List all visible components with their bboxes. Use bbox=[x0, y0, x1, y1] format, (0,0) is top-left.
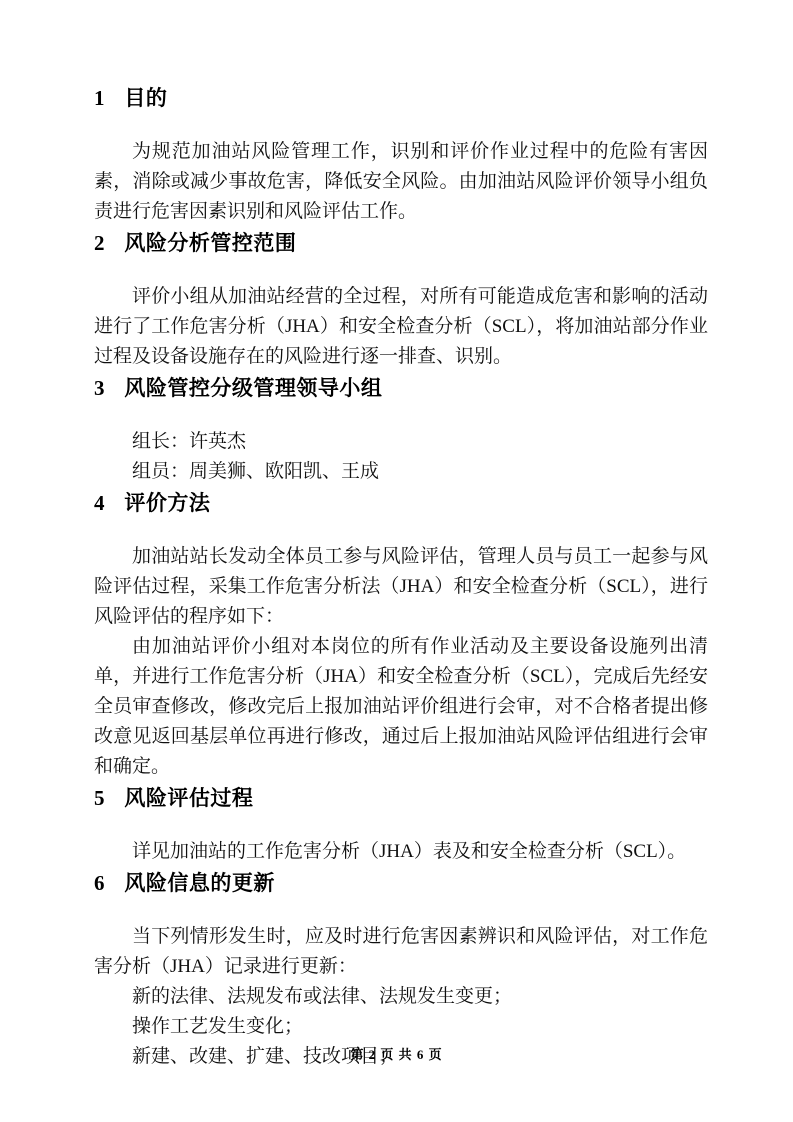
section-title: 风险信息的更新 bbox=[124, 872, 275, 895]
section-title: 评价方法 bbox=[124, 492, 210, 515]
paragraph: 操作工艺发生变化； bbox=[94, 1012, 708, 1042]
page-footer: 第 2 页 共 6 页 bbox=[0, 1044, 793, 1063]
paragraph: 评价小组从加油站经营的全过程，对所有可能造成危害和影响的活动进行了工作危害分析（… bbox=[94, 282, 708, 372]
paragraph: 新的法律、法规发布或法律、法规发生变更； bbox=[94, 982, 708, 1012]
paragraph: 当下列情形发生时，应及时进行危害因素辨识和风险评估，对工作危害分析（JHA）记录… bbox=[94, 922, 708, 982]
section-heading: 3 风险管控分级管理领导小组 bbox=[94, 374, 708, 403]
document-content: 1 目的 为规范加油站风险管理工作，识别和评价作业过程中的危险有害因素，消除或减… bbox=[94, 82, 708, 1072]
paragraph: 由加油站评价小组对本岗位的所有作业活动及主要设备设施列出清单，并进行工作危害分析… bbox=[94, 632, 708, 782]
page-number-label: 第 2 页 共 6 页 bbox=[350, 1047, 442, 1062]
document-section: 2 风险分析管控范围 评价小组从加油站经营的全过程，对所有可能造成危害和影响的活… bbox=[94, 229, 708, 372]
paragraph: 详见加油站的工作危害分析（JHA）表及和安全检查分析（SCL）。 bbox=[94, 837, 708, 867]
section-number: 3 bbox=[94, 374, 105, 402]
document-section: 6 风险信息的更新 当下列情形发生时，应及时进行危害因素辨识和风险评估，对工作危… bbox=[94, 869, 708, 1072]
section-title: 风险评估过程 bbox=[124, 787, 253, 810]
section-number: 6 bbox=[94, 869, 105, 897]
document-section: 1 目的 为规范加油站风险管理工作，识别和评价作业过程中的危险有害因素，消除或减… bbox=[94, 84, 708, 227]
paragraph: 组员：周美狮、欧阳凯、王成 bbox=[94, 457, 708, 487]
section-title: 目的 bbox=[124, 87, 167, 110]
document-section: 3 风险管控分级管理领导小组 组长：许英杰组员：周美狮、欧阳凯、王成 bbox=[94, 374, 708, 487]
section-number: 4 bbox=[94, 489, 105, 517]
section-title: 风险管控分级管理领导小组 bbox=[124, 377, 382, 400]
section-heading: 4 评价方法 bbox=[94, 489, 708, 518]
document-section: 5 风险评估过程 详见加油站的工作危害分析（JHA）表及和安全检查分析（SCL）… bbox=[94, 784, 708, 867]
section-heading: 1 目的 bbox=[94, 84, 708, 113]
section-number: 1 bbox=[94, 84, 105, 112]
section-number: 5 bbox=[94, 784, 105, 812]
section-heading: 5 风险评估过程 bbox=[94, 784, 708, 813]
paragraph: 组长：许英杰 bbox=[94, 427, 708, 457]
paragraph: 加油站站长发动全体员工参与风险评估，管理人员与员工一起参与风险评估过程，采集工作… bbox=[94, 542, 708, 632]
section-heading: 6 风险信息的更新 bbox=[94, 869, 708, 898]
document-page: 1 目的 为规范加油站风险管理工作，识别和评价作业过程中的危险有害因素，消除或减… bbox=[0, 0, 793, 1122]
section-number: 2 bbox=[94, 229, 105, 257]
document-section: 4 评价方法 加油站站长发动全体员工参与风险评估，管理人员与员工一起参与风险评估… bbox=[94, 489, 708, 782]
paragraph: 为规范加油站风险管理工作，识别和评价作业过程中的危险有害因素，消除或减少事故危害… bbox=[94, 137, 708, 227]
section-title: 风险分析管控范围 bbox=[124, 232, 296, 255]
section-heading: 2 风险分析管控范围 bbox=[94, 229, 708, 258]
